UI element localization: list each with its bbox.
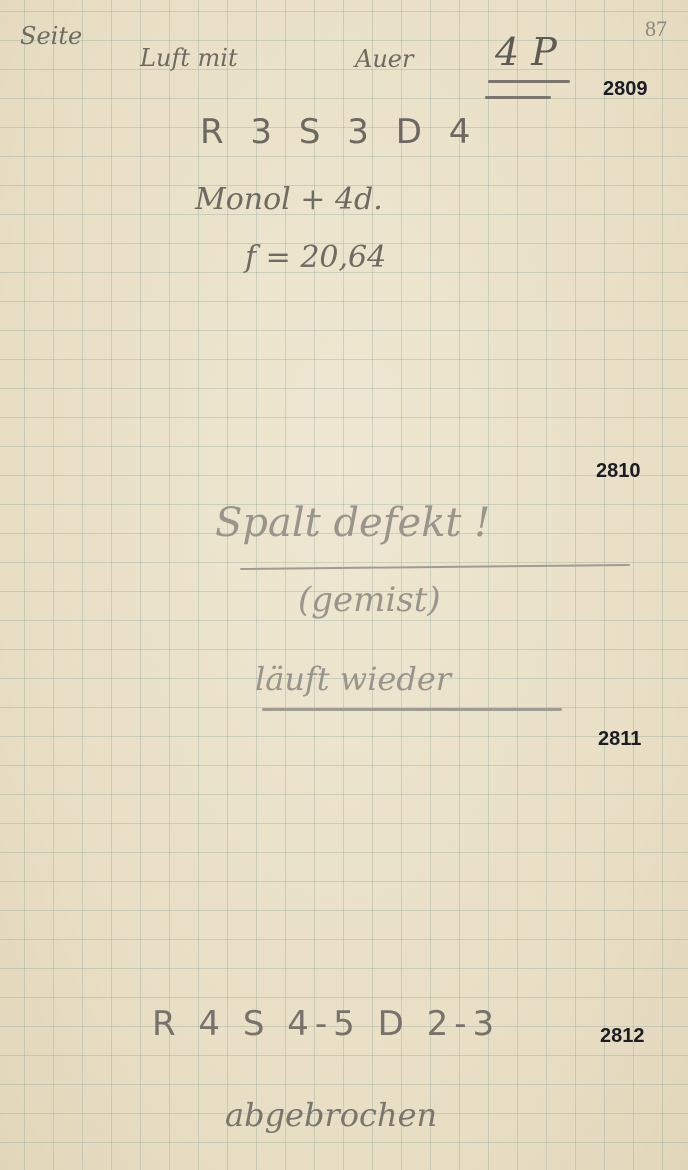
entry-2812-line-1: R 4 S 4-5 D 2-3 (152, 1004, 500, 1044)
plate-number-2811: 2811 (598, 728, 641, 751)
page-number: 87 (645, 16, 667, 42)
entry-2812-line-2: abgebrochen (225, 1096, 437, 1134)
plate-number-2810: 2810 (596, 460, 641, 483)
entry-2810-underline-2 (262, 708, 562, 711)
entry-2809-line-3: f = 20,64 (245, 240, 386, 275)
value-underline-2 (485, 96, 551, 99)
header-left-note: Seite (20, 22, 82, 50)
value-underline-1 (488, 80, 570, 83)
entry-2810-line-1: Spalt defekt ! (215, 500, 490, 546)
entry-2810-line-2: (gemist) (298, 580, 441, 620)
header-title-1: Luft mit (140, 44, 238, 72)
header-title-2: Auer (355, 45, 413, 73)
entry-2810-line-3: läuft wieder (255, 660, 451, 698)
header-value: 4 P (495, 30, 557, 74)
plate-number-2809: 2809 (603, 78, 648, 101)
entry-2809-line-2: Monol + 4d. (195, 182, 383, 217)
entry-2809-line-1: R 3 S 3 D 4 (200, 112, 478, 152)
entry-2810-underline-1 (240, 564, 630, 570)
plate-number-2812: 2812 (600, 1025, 645, 1048)
